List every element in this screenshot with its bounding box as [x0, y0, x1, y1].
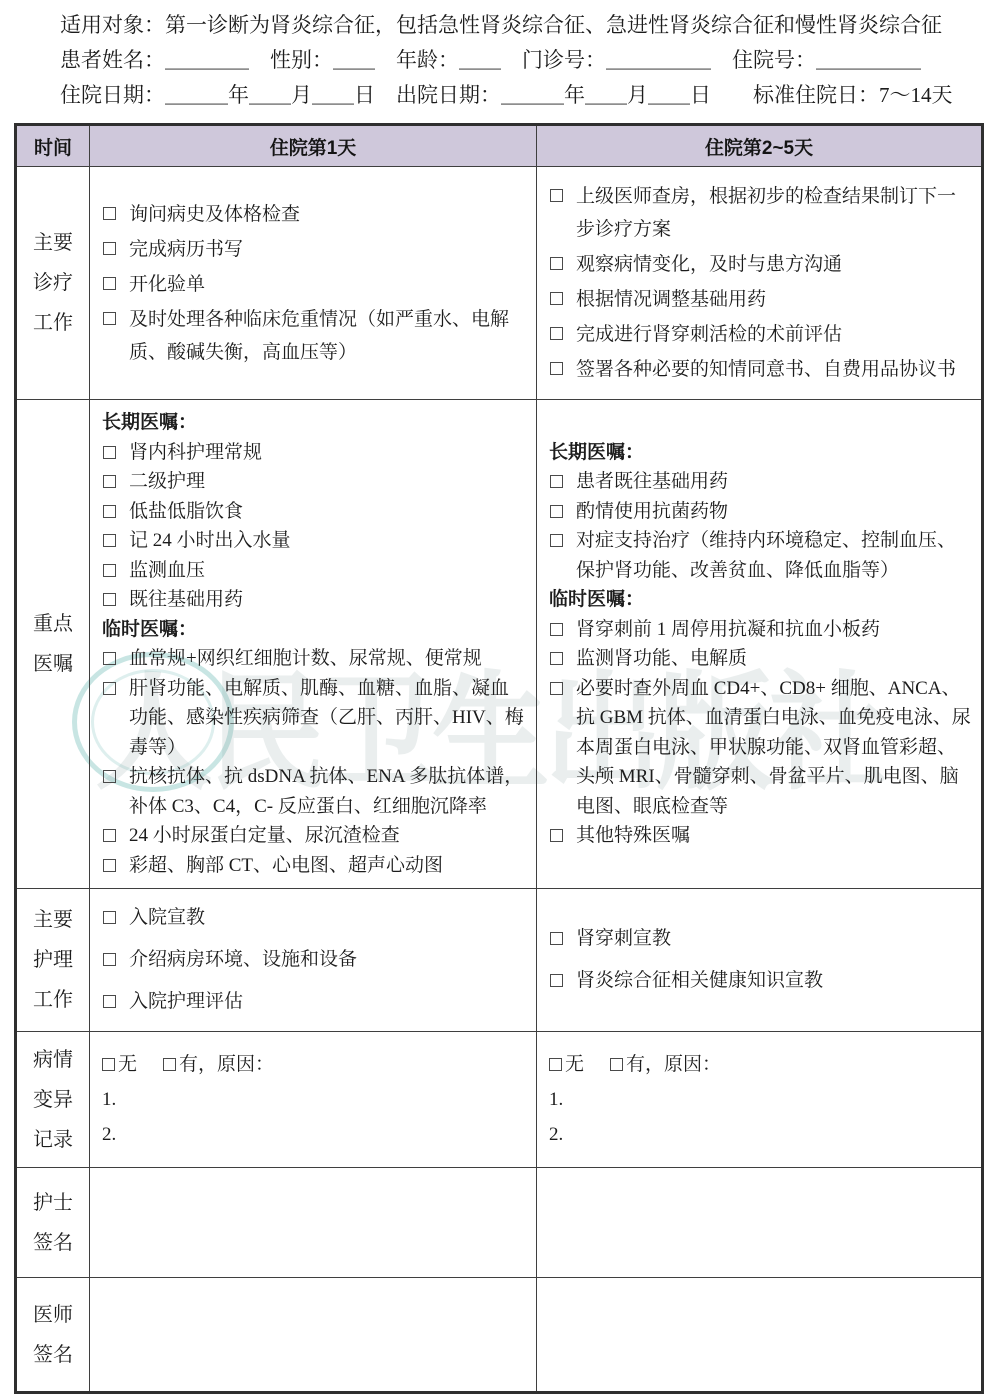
check-item-text: 完成病历书写 [129, 239, 243, 260]
checkbox-icon[interactable] [103, 277, 116, 290]
check-item-text: 入院护理评估 [129, 991, 243, 1012]
check-item: 监测血压 [102, 556, 526, 586]
intro-applicable-line: 适用对象：第一诊断为肾炎综合征，包括急性肾炎综合征、急进性肾炎综合征和慢性肾炎综… [60, 8, 980, 43]
check-item-text: 既往基础用药 [129, 589, 243, 610]
table-row-key-orders: 重点 医嘱 长期医嘱： 肾内科护理常规 二级护理 低盐低脂饮食 记 24 小时出… [16, 400, 983, 889]
check-item-text: 询问病史及体格检查 [129, 204, 300, 225]
nurse-signature-day2to5-field[interactable] [537, 1168, 983, 1278]
check-item-text: 入院宣教 [129, 907, 205, 928]
checkbox-icon[interactable] [550, 623, 563, 636]
variation-yes-label: 有，原因： [626, 1054, 721, 1075]
variation-options: 无有，原因： [102, 1047, 526, 1082]
form-intro: 适用对象：第一诊断为肾炎综合征，包括急性肾炎综合征、急进性肾炎综合征和慢性肾炎综… [60, 8, 980, 113]
check-item-text: 抗核抗体、抗 dsDNA 抗体、ENA 多肽抗体谱，补体 C3、C4，C- 反应… [129, 766, 523, 817]
order-section-label: 长期医嘱： [549, 438, 971, 468]
variation-reason-line-1: 1. [102, 1082, 526, 1117]
check-item-text: 肾内科护理常规 [129, 442, 262, 463]
check-item-text: 签署各种必要的知情同意书、自费用品协议书 [576, 359, 956, 380]
variation-none-label: 无 [118, 1054, 137, 1075]
table-row-nurse-signature: 护士 签名 [16, 1168, 983, 1278]
check-item: 完成病历书写 [102, 233, 526, 266]
check-item: 肾穿刺宣教 [549, 918, 971, 960]
checkbox-yes-icon[interactable] [163, 1058, 176, 1071]
pathway-table: 时间 住院第1天 住院第2~5天 主要 诊疗 工作 询问病史及体格检查 完成病历… [14, 123, 984, 1394]
checkbox-icon[interactable] [103, 682, 116, 695]
checkbox-icon[interactable] [550, 534, 563, 547]
row-label-doctor-signature: 医师 签名 [16, 1278, 90, 1393]
checkbox-icon[interactable] [550, 362, 563, 375]
checkbox-icon[interactable] [103, 564, 116, 577]
order-section-label: 临时医嘱： [549, 585, 971, 615]
check-item: 签署各种必要的知情同意书、自费用品协议书 [549, 353, 971, 386]
check-item: 入院护理评估 [102, 981, 526, 1023]
table-header-row: 时间 住院第1天 住院第2~5天 [16, 125, 983, 167]
checkbox-icon[interactable] [550, 974, 563, 987]
table-row-variation-record: 病情 变异 记录 无有，原因： 1. 2. 无有，原因： 1. 2. [16, 1032, 983, 1168]
doctor-signature-day1-field[interactable] [90, 1278, 537, 1393]
check-item-text: 及时处理各种临床危重情况（如严重水、电解质、酸碱失衡，高血压等） [129, 309, 509, 363]
checkbox-yes-icon[interactable] [610, 1058, 623, 1071]
checkbox-icon[interactable] [550, 682, 563, 695]
checkbox-icon[interactable] [103, 593, 116, 606]
checkbox-icon[interactable] [550, 257, 563, 270]
main-nursing-day2to5-cell: 肾穿刺宣教 肾炎综合征相关健康知识宣教 [537, 889, 983, 1032]
check-item-text: 完成进行肾穿刺活检的术前评估 [576, 324, 842, 345]
check-item-text: 酌情使用抗菌药物 [576, 501, 728, 522]
check-item-text: 肾穿刺前 1 周停用抗凝和抗血小板药 [576, 619, 880, 640]
row-label-main-treatment: 主要 诊疗 工作 [16, 167, 90, 400]
check-item-text: 其他特殊医嘱 [576, 825, 690, 846]
table-row-main-nursing: 主要 护理 工作 入院宣教 介绍病房环境、设施和设备 入院护理评估 肾穿刺宣教 … [16, 889, 983, 1032]
check-item: 二级护理 [102, 467, 526, 497]
main-treatment-day1-cell: 询问病史及体格检查 完成病历书写 开化验单 及时处理各种临床危重情况（如严重水、… [90, 167, 537, 400]
check-item: 观察病情变化，及时与患方沟通 [549, 248, 971, 281]
main-nursing-day1-cell: 入院宣教 介绍病房环境、设施和设备 入院护理评估 [90, 889, 537, 1032]
checkbox-icon[interactable] [103, 446, 116, 459]
checkbox-icon[interactable] [103, 207, 116, 220]
check-item: 及时处理各种临床危重情况（如严重水、电解质、酸碱失衡，高血压等） [102, 303, 526, 369]
checkbox-icon[interactable] [103, 953, 116, 966]
doctor-signature-day2to5-field[interactable] [537, 1278, 983, 1393]
checkbox-icon[interactable] [103, 242, 116, 255]
row-label-variation-record: 病情 变异 记录 [16, 1032, 90, 1168]
check-item: 上级医师查房，根据初步的检查结果制订下一步诊疗方案 [549, 180, 971, 246]
check-item-text: 上级医师查房，根据初步的检查结果制订下一步诊疗方案 [576, 186, 956, 240]
order-section-label: 长期医嘱： [102, 408, 526, 438]
check-item: 血常规+网织红细胞计数、尿常规、便常规 [102, 644, 526, 674]
check-item-text: 二级护理 [129, 471, 205, 492]
check-item: 入院宣教 [102, 897, 526, 939]
check-item: 既往基础用药 [102, 585, 526, 615]
checkbox-icon[interactable] [550, 292, 563, 305]
check-item-text: 监测肾功能、电解质 [576, 648, 747, 669]
col-header-day1: 住院第1天 [90, 125, 537, 167]
variation-yes-label: 有，原因： [179, 1054, 274, 1075]
variation-none-label: 无 [565, 1054, 584, 1075]
checkbox-icon[interactable] [103, 770, 116, 783]
checkbox-icon[interactable] [103, 505, 116, 518]
row-label-main-nursing: 主要 护理 工作 [16, 889, 90, 1032]
check-item-text: 24 小时尿蛋白定量、尿沉渣检查 [129, 825, 400, 846]
check-item-text: 患者既往基础用药 [576, 471, 728, 492]
nurse-signature-day1-field[interactable] [90, 1168, 537, 1278]
check-item-text: 记 24 小时出入水量 [129, 530, 291, 551]
check-item: 介绍病房环境、设施和设备 [102, 939, 526, 981]
check-item: 彩超、胸部 CT、心电图、超声心动图 [102, 851, 526, 881]
check-item-text: 开化验单 [129, 274, 205, 295]
clinical-pathway-form-page: 适用对象：第一诊断为肾炎综合征，包括急性肾炎综合征、急进性肾炎综合征和慢性肾炎综… [0, 0, 995, 1397]
check-item: 低盐低脂饮食 [102, 497, 526, 527]
check-item-text: 彩超、胸部 CT、心电图、超声心动图 [129, 855, 443, 876]
col-header-day2to5: 住院第2~5天 [537, 125, 983, 167]
variation-day2to5-cell: 无有，原因： 1. 2. [537, 1032, 983, 1168]
check-item: 监测肾功能、电解质 [549, 644, 971, 674]
checkbox-icon[interactable] [550, 189, 563, 202]
variation-reason-line-2: 2. [549, 1117, 971, 1152]
intro-dates-line: 住院日期：＿＿＿年＿＿月＿＿日 出院日期：＿＿＿年＿＿月＿＿日 标准住院日：7～… [60, 78, 980, 113]
check-item-text: 必要时查外周血 CD4+、CD8+ 细胞、ANCA、抗 GBM 抗体、血清蛋白电… [576, 678, 971, 817]
row-label-nurse-signature: 护士 签名 [16, 1168, 90, 1278]
order-section-label: 临时医嘱： [102, 615, 526, 645]
check-item-text: 介绍病房环境、设施和设备 [129, 949, 357, 970]
check-item: 询问病史及体格检查 [102, 198, 526, 231]
check-item: 记 24 小时出入水量 [102, 526, 526, 556]
check-item: 开化验单 [102, 268, 526, 301]
check-item: 必要时查外周血 CD4+、CD8+ 细胞、ANCA、抗 GBM 抗体、血清蛋白电… [549, 674, 971, 822]
check-item: 抗核抗体、抗 dsDNA 抗体、ENA 多肽抗体谱，补体 C3、C4，C- 反应… [102, 762, 526, 821]
table-row-main-treatment: 主要 诊疗 工作 询问病史及体格检查 完成病历书写 开化验单 及时处理各种临床危… [16, 167, 983, 400]
checkbox-icon[interactable] [550, 505, 563, 518]
checkbox-icon[interactable] [103, 312, 116, 325]
checkbox-icon[interactable] [550, 475, 563, 488]
intro-patient-line: 患者姓名：＿＿＿＿ 性别：＿＿ 年龄：＿＿ 门诊号：＿＿＿＿＿ 住院号：＿＿＿＿… [60, 43, 980, 78]
checkbox-icon[interactable] [550, 652, 563, 665]
check-item-text: 观察病情变化，及时与患方沟通 [576, 254, 842, 275]
check-item-text: 根据情况调整基础用药 [576, 289, 766, 310]
col-header-time: 时间 [16, 125, 90, 167]
checkbox-icon[interactable] [103, 995, 116, 1008]
check-item: 完成进行肾穿刺活检的术前评估 [549, 318, 971, 351]
table-row-doctor-signature: 医师 签名 [16, 1278, 983, 1393]
checkbox-icon[interactable] [550, 327, 563, 340]
check-item: 患者既往基础用药 [549, 467, 971, 497]
checkbox-icon[interactable] [103, 829, 116, 842]
checkbox-icon[interactable] [103, 859, 116, 872]
variation-day1-cell: 无有，原因： 1. 2. [90, 1032, 537, 1168]
checkbox-icon[interactable] [103, 534, 116, 547]
main-treatment-day2to5-cell: 上级医师查房，根据初步的检查结果制订下一步诊疗方案 观察病情变化，及时与患方沟通… [537, 167, 983, 400]
checkbox-none-icon[interactable] [102, 1058, 115, 1071]
check-item-text: 对症支持治疗（维持内环境稳定、控制血压、保护肾功能、改善贫血、降低血脂等） [576, 530, 956, 581]
checkbox-icon[interactable] [550, 829, 563, 842]
check-item: 其他特殊医嘱 [549, 821, 971, 851]
check-item-text: 低盐低脂饮食 [129, 501, 243, 522]
variation-reason-line-1: 1. [549, 1082, 971, 1117]
checkbox-icon[interactable] [103, 475, 116, 488]
checkbox-icon[interactable] [103, 652, 116, 665]
check-item-text: 肝肾功能、电解质、肌酶、血糖、血脂、凝血功能、感染性疾病筛查（乙肝、丙肝、HIV… [129, 678, 524, 758]
check-item-text: 血常规+网织红细胞计数、尿常规、便常规 [129, 648, 482, 669]
checkbox-icon[interactable] [103, 911, 116, 924]
key-orders-day1-cell: 长期医嘱： 肾内科护理常规 二级护理 低盐低脂饮食 记 24 小时出入水量 监测… [90, 400, 537, 889]
checkbox-none-icon[interactable] [549, 1058, 562, 1071]
check-item: 肾内科护理常规 [102, 438, 526, 468]
check-item: 肾炎综合征相关健康知识宣教 [549, 960, 971, 1002]
check-item-text: 肾炎综合征相关健康知识宣教 [576, 970, 823, 991]
check-item: 对症支持治疗（维持内环境稳定、控制血压、保护肾功能、改善贫血、降低血脂等） [549, 526, 971, 585]
key-orders-day2to5-cell: 长期医嘱： 患者既往基础用药 酌情使用抗菌药物 对症支持治疗（维持内环境稳定、控… [537, 400, 983, 889]
check-item-text: 肾穿刺宣教 [576, 928, 671, 949]
row-label-key-orders: 重点 医嘱 [16, 400, 90, 889]
variation-reason-line-2: 2. [102, 1117, 526, 1152]
check-item: 根据情况调整基础用药 [549, 283, 971, 316]
check-item: 24 小时尿蛋白定量、尿沉渣检查 [102, 821, 526, 851]
check-item: 酌情使用抗菌药物 [549, 497, 971, 527]
check-item: 肝肾功能、电解质、肌酶、血糖、血脂、凝血功能、感染性疾病筛查（乙肝、丙肝、HIV… [102, 674, 526, 763]
check-item: 肾穿刺前 1 周停用抗凝和抗血小板药 [549, 615, 971, 645]
checkbox-icon[interactable] [550, 932, 563, 945]
check-item-text: 监测血压 [129, 560, 205, 581]
variation-options: 无有，原因： [549, 1047, 971, 1082]
